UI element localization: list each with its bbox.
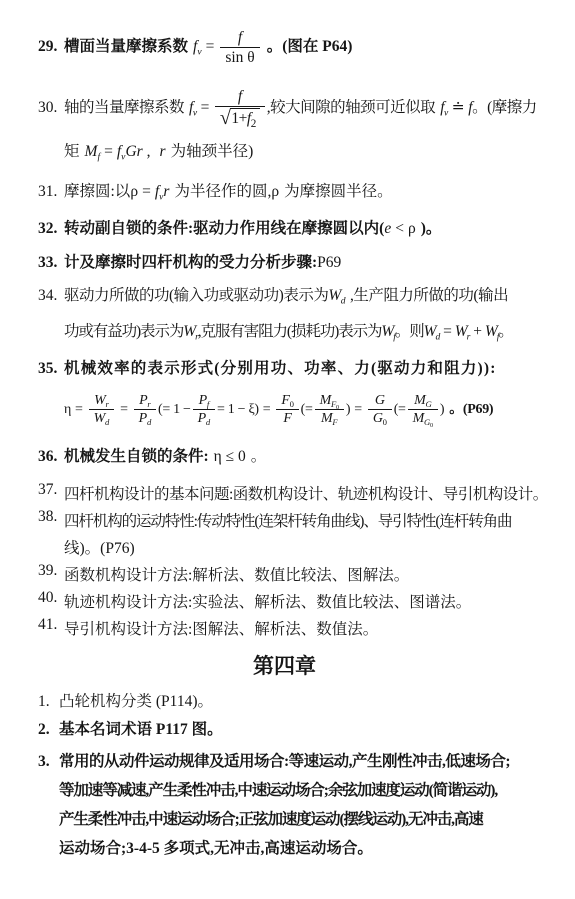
item-33-line: 计及摩擦时四杆机构的受力分析步骤:P69 — [64, 251, 561, 275]
item-number: 33. — [38, 251, 64, 275]
math-op: = — [197, 99, 213, 116]
item-number: 39. — [38, 562, 64, 580]
item-35: 35. 机械效率的表示形式(分别用功、功率、力(驱动力和阻力)): η=WrWd… — [38, 357, 561, 435]
item-34-line-2: 功或有益功)表示为Wr,克服有害阻力(损耗功)表示为Wf。则Wd=Wr+Wf。 — [64, 320, 561, 344]
text-run: 。 — [498, 323, 512, 340]
ch4-item-3-line-3: 产生柔性冲击,中速运动场合;正弦加速度运动(摆线运动),无冲击,高速 — [59, 805, 561, 834]
item-38: 38. 四杆机构的运动特性:传动特性(连架杆转角曲线)、导引特性(连杆转角曲 线… — [38, 508, 561, 562]
item-39-line: 函数机构设计方法:解析法、数值比较法、图解法。 — [64, 562, 561, 589]
notes-page: 29. 槽面当量摩擦系数fv=fsin θ。(图在 P64) 30. 轴的当量摩… — [0, 0, 575, 899]
text-run: 矩 — [64, 143, 80, 160]
ch4-item-3-line-1: 常用的从动件运动规律及适用场合:等速运动,产生刚性冲击,低速场合; — [59, 747, 561, 776]
math-var: r — [155, 143, 166, 160]
item-number: 31. — [38, 180, 64, 204]
item-number: 41. — [38, 616, 64, 634]
math-op: = — [71, 402, 87, 417]
math-var: η — [64, 402, 71, 417]
item-41: 41. 导引机构设计方法:图解法、解析法、数值法。 — [38, 616, 561, 643]
item-number: 30. — [38, 82, 64, 134]
text-run: 机械发生自锁的条件: — [64, 448, 209, 465]
text-run: 驱动力所做的功(输入功或驱动功)表示为 — [64, 287, 328, 304]
item-32: 32. 转动副自锁的条件:驱动力作用线在摩擦圆以内(e<ρ)。 — [38, 217, 561, 241]
item-38-line-1: 四杆机构的运动特性:传动特性(连架杆转角曲线)、导引特性(连杆转角曲 — [64, 508, 561, 535]
item-35-formula: η=WrWd=PrPd(= 1 −PfPd= 1 − ξ)=F0F(=MF0MF… — [64, 385, 561, 435]
math-var: W — [424, 323, 436, 340]
text-run: 轴的当量摩擦系数 — [64, 99, 184, 116]
ch4-item-3: 3. 常用的从动件运动规律及适用场合:等速运动,产生刚性冲击,低速场合; 等加速… — [38, 747, 561, 863]
comma: , — [143, 143, 155, 160]
math-var: W — [328, 287, 340, 304]
math-op: = — [439, 323, 455, 340]
math-op: = — [259, 402, 275, 417]
fraction: PfPd — [191, 393, 217, 427]
item-30-line-2: 矩Mf=fvGr,r为轴颈半径) — [64, 140, 561, 164]
item-29-line: 槽面当量摩擦系数fv=fsin θ。(图在 P64) — [64, 24, 561, 70]
math-var: W — [455, 323, 467, 340]
math-op: = — [100, 143, 117, 160]
item-40-line: 轨迹机构设计方法:实验法、解析法、数值比较法、图谱法。 — [64, 589, 561, 616]
math-op: (= — [301, 402, 313, 417]
text-run: 。(摩擦力 — [472, 99, 537, 116]
item-36: 36. 机械发生自锁的条件:η ≤ 0。 — [38, 445, 561, 469]
item-number: 35. — [38, 357, 64, 381]
item-37-line: 四杆机构设计的基本问题:函数机构设计、轨迹机构设计、导引机构设计。 — [64, 481, 561, 508]
ch4-item-2: 2. 基本名词术语 P117 图。 — [38, 717, 561, 743]
text-run: 槽面当量摩擦系数 — [64, 38, 188, 55]
sqrt-sign: √ — [220, 108, 231, 128]
math-var: M — [85, 143, 98, 160]
item-33: 33. 计及摩擦时四杆机构的受力分析步骤:P69 — [38, 251, 561, 275]
math-op: = 1 − ξ) — [217, 402, 259, 417]
fraction: MGMG0 — [406, 393, 440, 427]
ch4-item-1-line: 凸轮机构分类 (P114)。 — [59, 689, 561, 715]
math-var: ρ — [408, 220, 416, 237]
fraction: GG0 — [366, 393, 394, 427]
page-ref: P69 — [317, 254, 341, 271]
item-38-line-2: 线)。(P76) — [64, 535, 561, 562]
item-32-line: 转动副自锁的条件:驱动力作用线在摩擦圆以内(e<ρ)。 — [64, 217, 561, 241]
item-35-header: 机械效率的表示形式(分别用功、功率、力(驱动力和阻力)): — [64, 357, 561, 381]
fraction: MF0MF — [313, 393, 346, 427]
math-op: = — [116, 402, 132, 417]
radical: √1+f2 — [220, 108, 260, 128]
text-run: )。 — [416, 220, 442, 237]
text-run: ,较大间隙的轴颈可近似取 — [267, 99, 435, 116]
item-36-line: 机械发生自锁的条件:η ≤ 0。 — [64, 445, 561, 469]
item-number: 3. — [38, 747, 59, 776]
math-op: + — [469, 323, 485, 340]
math-op: ≐ — [448, 99, 469, 116]
ch4-item-1: 1. 凸轮机构分类 (P114)。 — [38, 689, 561, 715]
math-var: Gr — [125, 143, 142, 160]
math-op: (= — [394, 402, 406, 417]
item-number: 37. — [38, 481, 64, 499]
item-30-line-1: 轴的当量摩擦系数fv=f√1+f2,较大间隙的轴颈可近似取fv≐f。(摩擦力 — [64, 82, 561, 134]
text-run: 。(图在 P64) — [262, 38, 353, 55]
item-number: 32. — [38, 217, 64, 241]
item-29: 29. 槽面当量摩擦系数fv=fsin θ。(图在 P64) — [38, 24, 561, 70]
ch4-item-2-line: 基本名词术语 P117 图。 — [59, 717, 561, 743]
item-number: 29. — [38, 24, 64, 70]
math-op: (= 1 − — [158, 402, 191, 417]
math-var: W — [381, 323, 393, 340]
chapter-heading: 第四章 — [8, 649, 561, 683]
item-number: 34. — [38, 284, 64, 308]
math-var: W — [183, 323, 195, 340]
item-number: 38. — [38, 508, 64, 526]
item-number: 2. — [38, 717, 59, 743]
fraction: WrWd — [87, 393, 116, 427]
text-run: 。则 — [395, 323, 424, 340]
item-37: 37. 四杆机构设计的基本问题:函数机构设计、轨迹机构设计、导引机构设计。 — [38, 481, 561, 508]
item-number: 36. — [38, 445, 64, 469]
fraction: PrPd — [132, 393, 158, 427]
math-op: = — [350, 402, 366, 417]
text-run: 为半径作的圆, — [169, 183, 271, 200]
text-run: ,克服有害阻力(损耗功)表示为 — [198, 323, 382, 340]
item-number: 1. — [38, 689, 59, 715]
text-run: 功或有益功)表示为 — [64, 323, 183, 340]
item-number: 40. — [38, 589, 64, 607]
ch4-item-3-line-4: 运动场合;3-4-5 多项式,无冲击,高速运动场合。 — [59, 834, 561, 863]
text-run: 为摩擦圆半径。 — [279, 183, 393, 200]
item-39: 39. 函数机构设计方法:解析法、数值比较法、图解法。 — [38, 562, 561, 589]
math-var: W — [485, 323, 497, 340]
item-41-line: 导引机构设计方法:图解法、解析法、数值法。 — [64, 616, 561, 643]
math-op: < — [391, 220, 408, 237]
text-run: 转动副自锁的条件:驱动力作用线在摩擦圆以内( — [64, 220, 384, 237]
math-var: ρ — [271, 183, 279, 200]
text-run: 。 — [246, 448, 267, 465]
item-31-line: 摩擦圆:以ρ=fvr为半径作的圆,ρ为摩擦圆半径。 — [64, 180, 561, 204]
item-31: 31. 摩擦圆:以ρ=fvr为半径作的圆,ρ为摩擦圆半径。 — [38, 180, 561, 204]
item-34: 34. 驱动力所做的功(输入功或驱动功)表示为Wd,生产阻力所做的功(输出 功或… — [38, 284, 561, 344]
math-var: ρ — [130, 183, 138, 200]
item-30: 30. 轴的当量摩擦系数fv=f√1+f2,较大间隙的轴颈可近似取fv≐f。(摩… — [38, 82, 561, 164]
fraction: F0F — [274, 393, 300, 427]
fraction: fsin θ — [218, 29, 261, 67]
text-run: 为轴颈半径) — [166, 143, 254, 160]
item-34-line-1: 驱动力所做的功(输入功或驱动功)表示为Wd,生产阻力所做的功(输出 — [64, 284, 561, 308]
text-run: 摩擦圆:以 — [64, 183, 130, 200]
fraction: f√1+f2 — [213, 88, 267, 129]
item-40: 40. 轨迹机构设计方法:实验法、解析法、数值比较法、图谱法。 — [38, 589, 561, 616]
math-op: = — [202, 38, 219, 55]
math-sub: v — [197, 46, 201, 57]
math-op: = — [138, 183, 155, 200]
math-expr: η ≤ 0 — [209, 448, 246, 465]
ch4-item-3-line-2: 等加速等减速,产生柔性冲击,中速运动场合;余弦加速度运动(简谐运动), — [59, 776, 561, 805]
text-run: 计及摩擦时四杆机构的受力分析步骤: — [64, 254, 317, 271]
text-run: ,生产阻力所做的功(输出 — [345, 287, 508, 304]
page-ref: 。(P69) — [444, 402, 493, 417]
